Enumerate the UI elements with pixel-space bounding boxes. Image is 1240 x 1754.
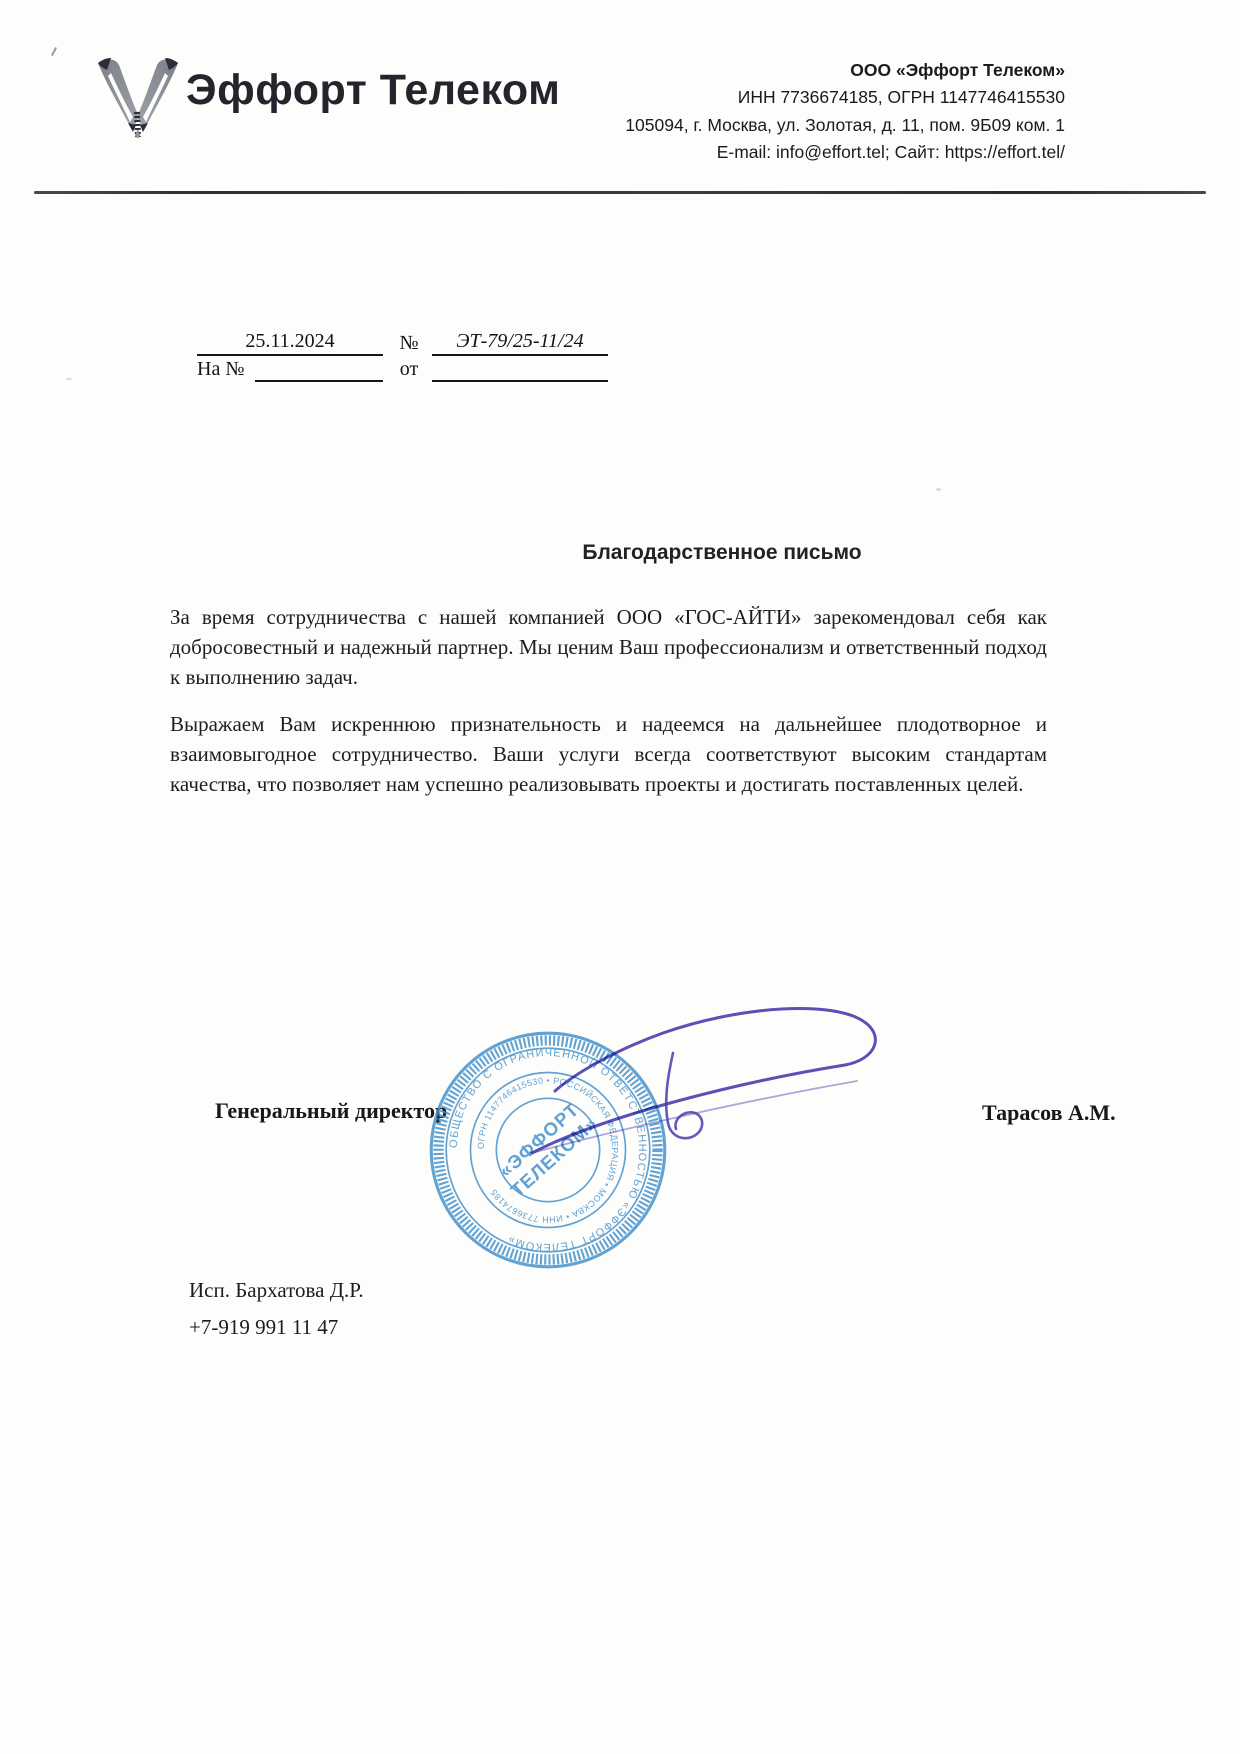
na-underline xyxy=(255,356,383,382)
reference-row-1: 25.11.2024 № ЭТ-79/25-11/24 xyxy=(197,330,608,356)
date-value: 25.11.2024 xyxy=(197,330,383,356)
paragraph-2: Выражаем Вам искреннюю признательность и… xyxy=(170,709,1047,799)
executor-name: Исп. Бархатова Д.Р. xyxy=(189,1272,364,1309)
ot-label: от xyxy=(395,358,423,382)
position-title: Генеральный директор xyxy=(215,1098,447,1124)
scan-speck xyxy=(51,47,57,56)
company-logo-icon xyxy=(92,54,184,142)
number-value: ЭТ-79/25-11/24 xyxy=(432,330,608,356)
company-address: 105094, г. Москва, ул. Золотая, д. 11, п… xyxy=(625,112,1065,139)
ot-underline xyxy=(432,356,608,382)
company-ids: ИНН 7736674185, ОГРН 1147746415530 xyxy=(625,84,1065,111)
company-contacts: E-mail: info@effort.tel; Сайт: https://e… xyxy=(625,139,1065,166)
company-info: ООО «Эффорт Телеком» ИНН 7736674185, ОГР… xyxy=(625,57,1065,167)
letter-title: Благодарственное письмо xyxy=(422,541,1022,565)
logo-text: Эффорт Телеком xyxy=(186,66,560,115)
signature-ink xyxy=(505,985,905,1180)
paragraph-1: За время сотрудничества с нашей компание… xyxy=(170,602,1047,692)
header-rule xyxy=(34,191,1206,194)
reference-block: 25.11.2024 № ЭТ-79/25-11/24 На № от xyxy=(197,330,608,382)
scanned-letter-page: Эффорт Телеком ООО «Эффорт Телеком» ИНН … xyxy=(0,0,1240,1754)
na-label: На № xyxy=(197,358,255,382)
scan-speck xyxy=(66,378,72,380)
reference-row-2: На № от xyxy=(197,356,608,382)
letter-body: За время сотрудничества с нашей компание… xyxy=(170,602,1047,816)
scan-speck xyxy=(936,488,941,491)
executor-phone: +7-919 991 11 47 xyxy=(189,1309,364,1346)
company-name: ООО «Эффорт Телеком» xyxy=(625,57,1065,84)
executor-block: Исп. Бархатова Д.Р. +7-919 991 11 47 xyxy=(189,1272,364,1346)
number-sign: № xyxy=(395,332,423,356)
signatory-name: Тарасов А.М. xyxy=(982,1100,1116,1126)
